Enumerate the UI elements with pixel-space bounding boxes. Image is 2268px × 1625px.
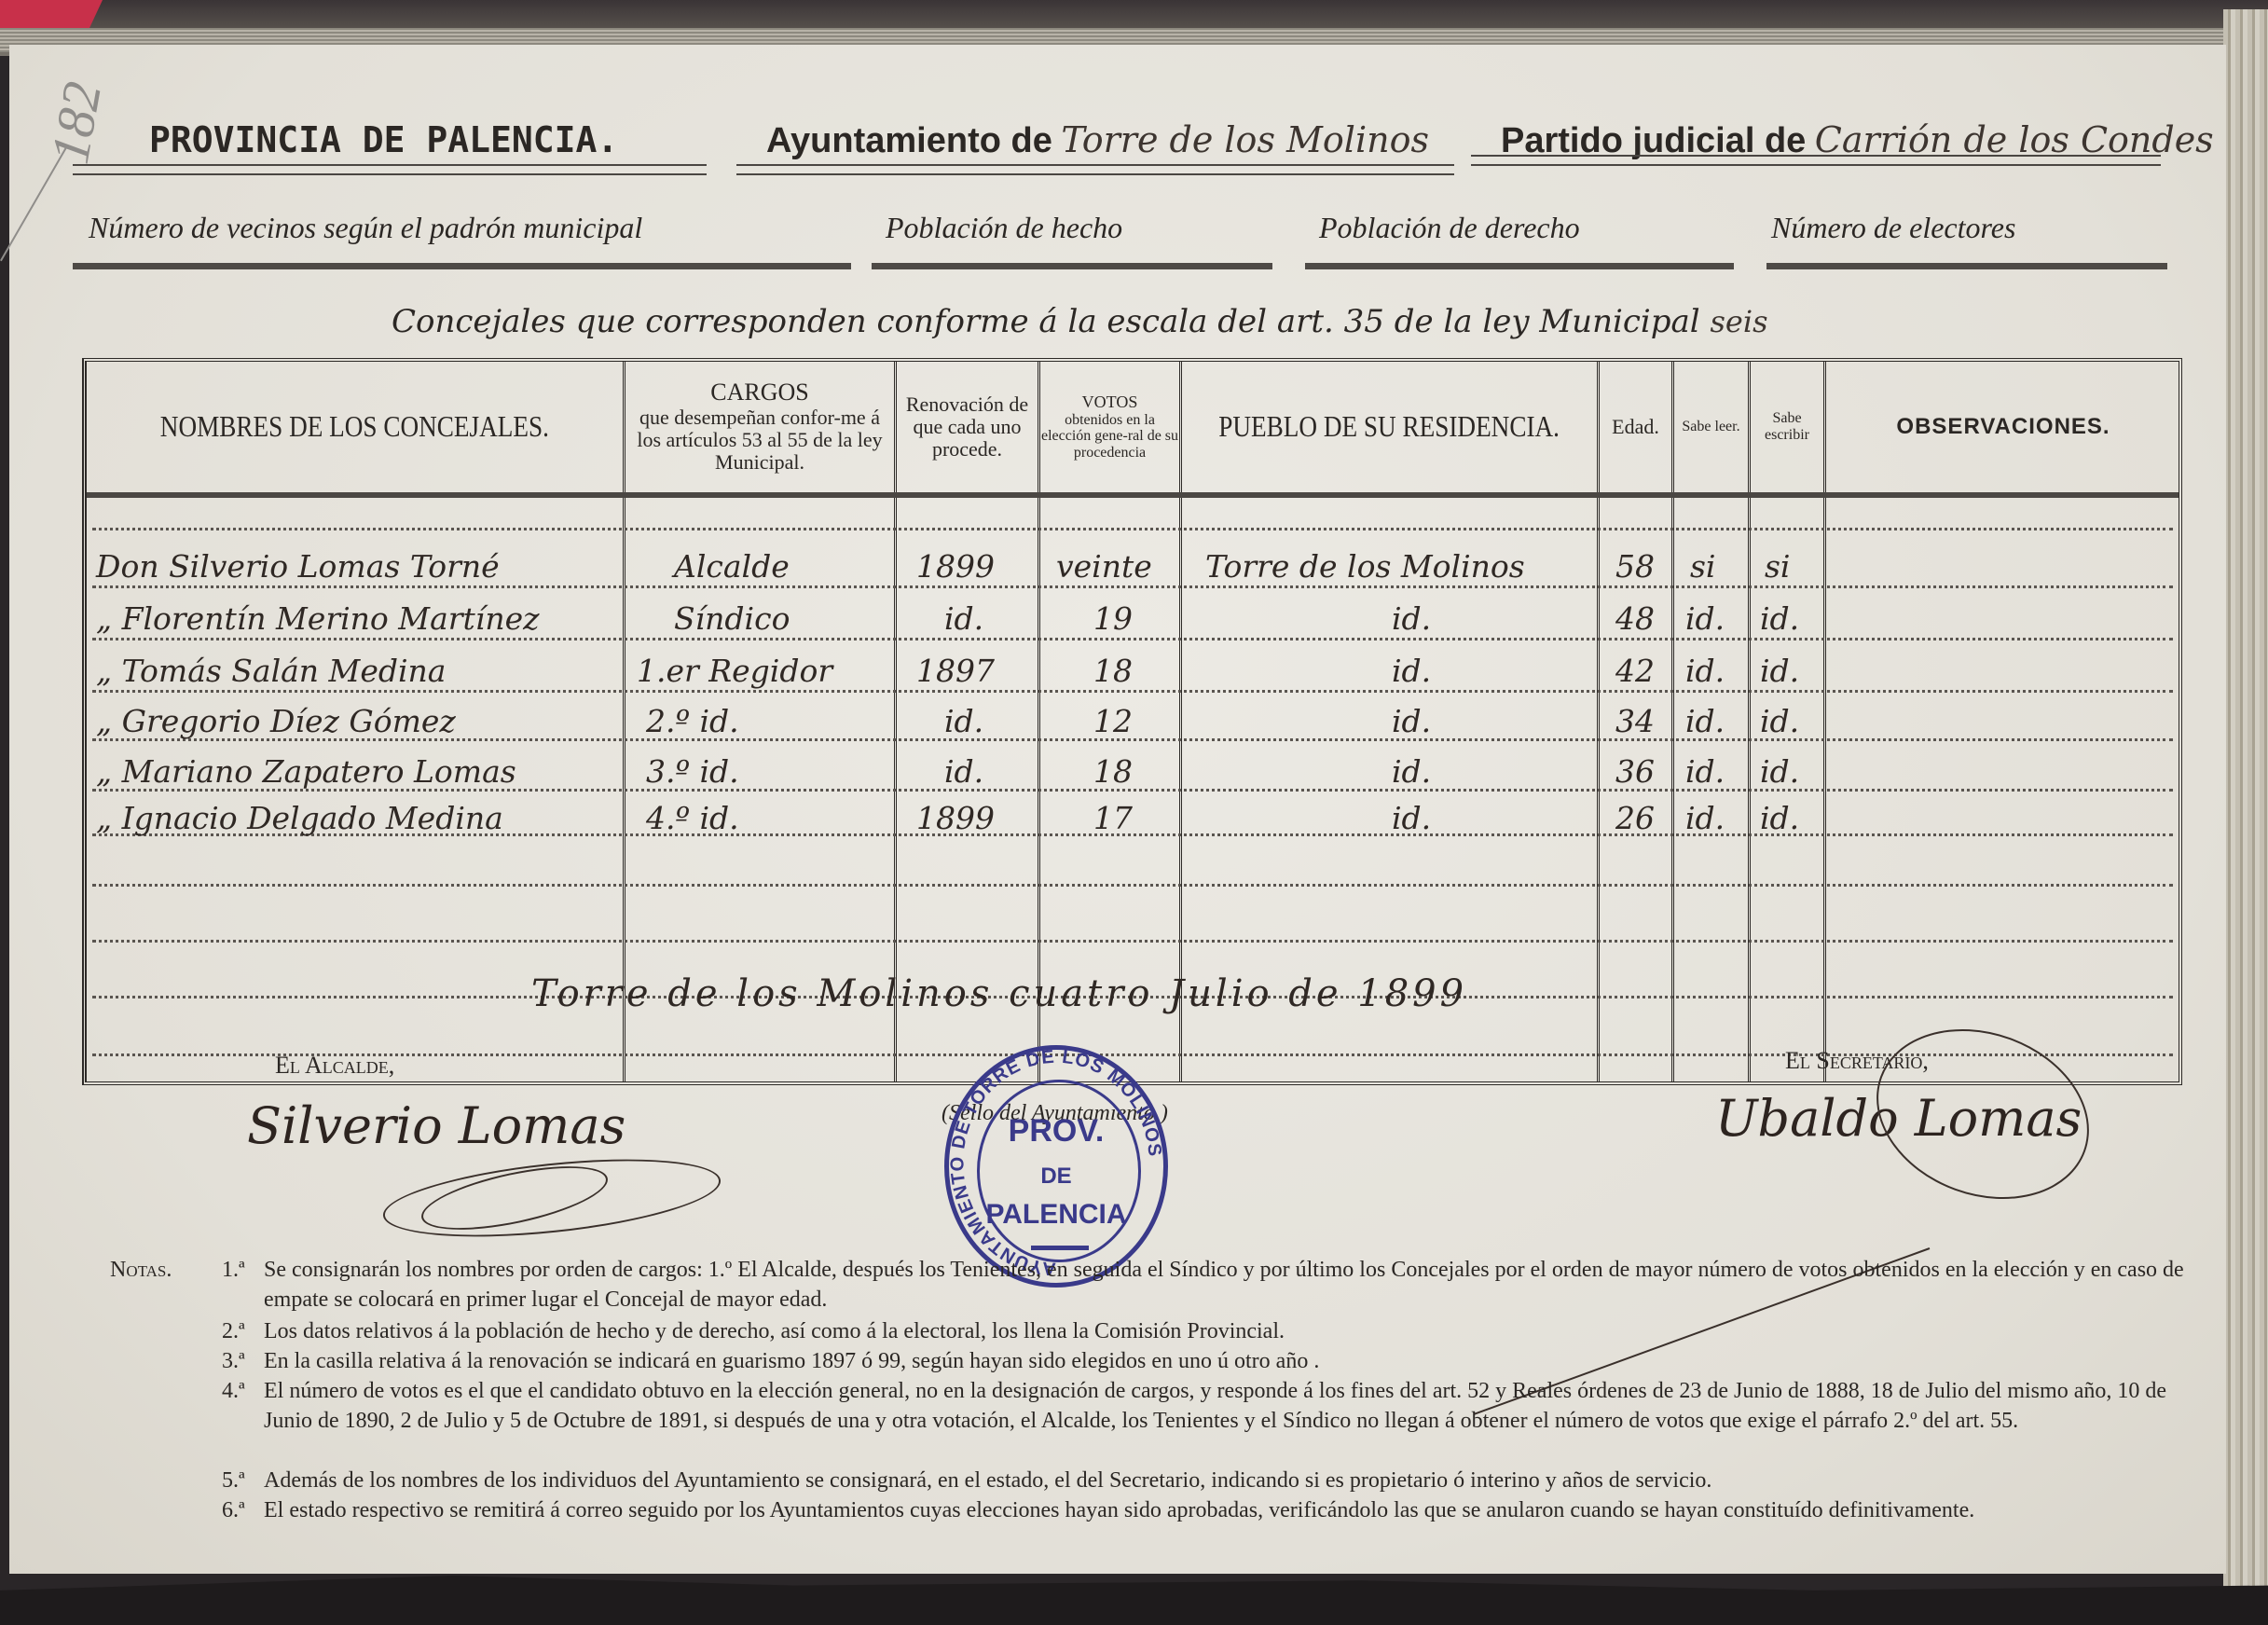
cell-edad: 36 [1615, 753, 1655, 790]
row-rule [92, 940, 2173, 943]
header-sabe-leer-text: Sabe leer. [1682, 419, 1739, 435]
cell-renovacion: id. [944, 753, 983, 790]
electores-label: Número de electores [1771, 211, 2015, 245]
population-rule [872, 263, 1272, 269]
escala-label: Concejales que corresponden conforme á l… [392, 303, 1700, 340]
cell-pueblo: id. [1392, 653, 1431, 689]
row-rule [92, 884, 2173, 887]
header-edad-text: Edad. [1612, 416, 1659, 438]
cell-votos: 18 [1093, 653, 1133, 689]
book-bottom-shadow [0, 1576, 2268, 1625]
header-rule [73, 164, 707, 175]
note-text: Los datos relativos á la población de he… [264, 1316, 2198, 1346]
row-rule [92, 585, 2173, 588]
header-rule [736, 164, 1454, 175]
cell-nombre: „ Mariano Zapatero Lomas [96, 753, 516, 790]
cell-pueblo: id. [1392, 600, 1431, 637]
note-number: 5.ª [222, 1466, 245, 1495]
cell-cargo: 4.º id. [646, 800, 739, 836]
cell-escribir: id. [1760, 800, 1799, 836]
header-separator [87, 492, 2179, 498]
header-sabe-escribir: Sabe escribir [1751, 362, 1823, 492]
note-number: 4.ª [222, 1376, 245, 1406]
cell-escribir: si [1765, 548, 1791, 585]
header-sabe-escribir-text: Sabe escribir [1751, 410, 1823, 443]
cell-cargo: Síndico [674, 600, 790, 637]
header-cargos-sub: que desempeñan confor-me á los artículos… [625, 406, 894, 475]
note-number: 2.ª [222, 1316, 245, 1346]
stamp-line1: PROV. [949, 1113, 1163, 1150]
row-rule [92, 638, 2173, 640]
row-rule [92, 690, 2173, 693]
cell-renovacion: id. [944, 703, 983, 739]
cell-escribir: id. [1760, 600, 1799, 637]
cell-escribir: id. [1760, 653, 1799, 689]
cell-votos: 12 [1093, 703, 1133, 739]
header-sabe-leer: Sabe leer. [1674, 362, 1748, 492]
header-renovacion-text: Renovación de que cada uno procede. [897, 393, 1038, 461]
header-cargos: CARGOS que desempeñan confor-me á los ar… [625, 362, 894, 492]
header-observaciones-text: OBSERVACIONES. [1896, 415, 2110, 439]
cell-nombre: „ Florentín Merino Martínez [96, 600, 540, 637]
cell-escribir: id. [1760, 703, 1799, 739]
stamp-line3: PALENCIA [949, 1199, 1163, 1231]
header-nombres: NOMBRES DE LOS CONCEJALES. [87, 362, 623, 492]
cell-pueblo: id. [1392, 753, 1431, 790]
cell-renovacion: 1897 [916, 653, 995, 689]
population-rule [1305, 263, 1734, 269]
header-pueblo-text: PUEBLO DE SU RESIDENCIA. [1219, 410, 1560, 443]
cell-leer: id. [1685, 800, 1725, 836]
note-number: 1.ª [222, 1255, 245, 1285]
ayuntamiento-stamp: AYUNTAMIENTO DE TORRE DE LOS MOLINOS PRO… [944, 1045, 1168, 1288]
cell-cargo: 1.er Regidor [637, 653, 832, 689]
cell-edad: 58 [1615, 548, 1655, 585]
header-rule [1471, 155, 2161, 166]
header-edad: Edad. [1600, 362, 1671, 492]
alcalde-label: El Alcalde, [275, 1052, 394, 1080]
notes-label: Notas. [110, 1255, 172, 1285]
header-votos-title: VOTOS [1082, 393, 1138, 412]
cell-pueblo: Torre de los Molinos [1205, 548, 1525, 585]
ayuntamiento-value: Torre de los Molinos [1061, 119, 1429, 160]
cell-edad: 34 [1615, 703, 1655, 739]
cell-votos: veinte [1056, 548, 1152, 585]
stamp-line2: DE [949, 1164, 1163, 1190]
vecinos-label: Número de vecinos según el padrón munici… [89, 211, 642, 245]
cell-renovacion: id. [944, 600, 983, 637]
derecho-label: Población de derecho [1319, 211, 1580, 245]
cell-votos: 17 [1093, 800, 1133, 836]
note-text: El número de votos es el que el candidat… [264, 1376, 2198, 1436]
ayuntamiento-field: Ayuntamiento de Torre de los Molinos [766, 119, 1429, 161]
header-votos: VOTOS obtenidos en la elección gene-ral … [1040, 362, 1179, 492]
folio-number: 182 [38, 77, 114, 168]
cell-leer: id. [1685, 600, 1725, 637]
escala-value: seis [1710, 304, 1767, 339]
header-renovacion: Renovación de que cada uno procede. [897, 362, 1038, 492]
provincia-title: PROVINCIA DE PALENCIA. [149, 119, 618, 160]
cell-votos: 18 [1093, 753, 1133, 790]
cell-edad: 26 [1615, 800, 1655, 836]
cell-edad: 42 [1615, 653, 1655, 689]
header-votos-sub: obtenidos en la elección gene-ral de su … [1040, 412, 1179, 461]
cell-renovacion: 1899 [916, 800, 995, 836]
stamp-bar [1031, 1246, 1089, 1250]
cell-nombre: „ Tomás Salán Medina [96, 653, 446, 689]
note-number: 3.ª [222, 1346, 245, 1376]
cell-escribir: id. [1760, 753, 1799, 790]
cell-cargo: 2.º id. [646, 703, 739, 739]
header-observaciones: OBSERVACIONES. [1826, 362, 2180, 492]
escala-line: Concejales que corresponden conforme á l… [392, 303, 1768, 340]
header-nombres-text: NOMBRES DE LOS CONCEJALES. [160, 410, 549, 443]
cell-cargo: Alcalde [674, 548, 790, 585]
cell-votos: 19 [1093, 600, 1133, 637]
cell-edad: 48 [1615, 600, 1655, 637]
hecho-label: Población de hecho [886, 211, 1122, 245]
cell-pueblo: id. [1392, 703, 1431, 739]
cell-nombre: „ Ignacio Delgado Medina [96, 800, 503, 836]
document-page: 182 PROVINCIA DE PALENCIA. Ayuntamiento … [9, 45, 2226, 1574]
note-number: 6.ª [222, 1495, 245, 1525]
header-cargos-title: CARGOS [710, 379, 808, 406]
cell-nombre: Don Silverio Lomas Torné [96, 548, 500, 585]
cell-leer: si [1690, 548, 1716, 585]
cell-leer: id. [1685, 753, 1725, 790]
closing-place-date: Torre de los Molinos cuatro Julio de 189… [531, 972, 1467, 1015]
population-rule [1766, 263, 2167, 269]
alcalde-signature: Silverio Lomas [247, 1096, 625, 1155]
page-right-edge [2223, 9, 2268, 1594]
cell-nombre: „ Gregorio Díez Gómez [96, 703, 456, 739]
cell-cargo: 3.º id. [646, 753, 739, 790]
cell-leer: id. [1685, 703, 1725, 739]
cell-leer: id. [1685, 653, 1725, 689]
cell-renovacion: 1899 [916, 548, 995, 585]
note-text: En la casilla relativa á la renovación s… [264, 1346, 2198, 1376]
cell-pueblo: id. [1392, 800, 1431, 836]
note-text: Además de los nombres de los individuos … [264, 1466, 2198, 1495]
ayuntamiento-label: Ayuntamiento de [766, 121, 1052, 160]
header-pueblo: PUEBLO DE SU RESIDENCIA. [1182, 362, 1597, 492]
population-rule [73, 263, 851, 269]
row-rule [92, 528, 2173, 530]
note-text: El estado respectivo se remitirá á corre… [264, 1495, 2198, 1525]
pencil-mark [0, 147, 67, 261]
note-text: Se consignarán los nombres por orden de … [264, 1255, 2198, 1315]
bookmark-ribbon [0, 0, 103, 28]
